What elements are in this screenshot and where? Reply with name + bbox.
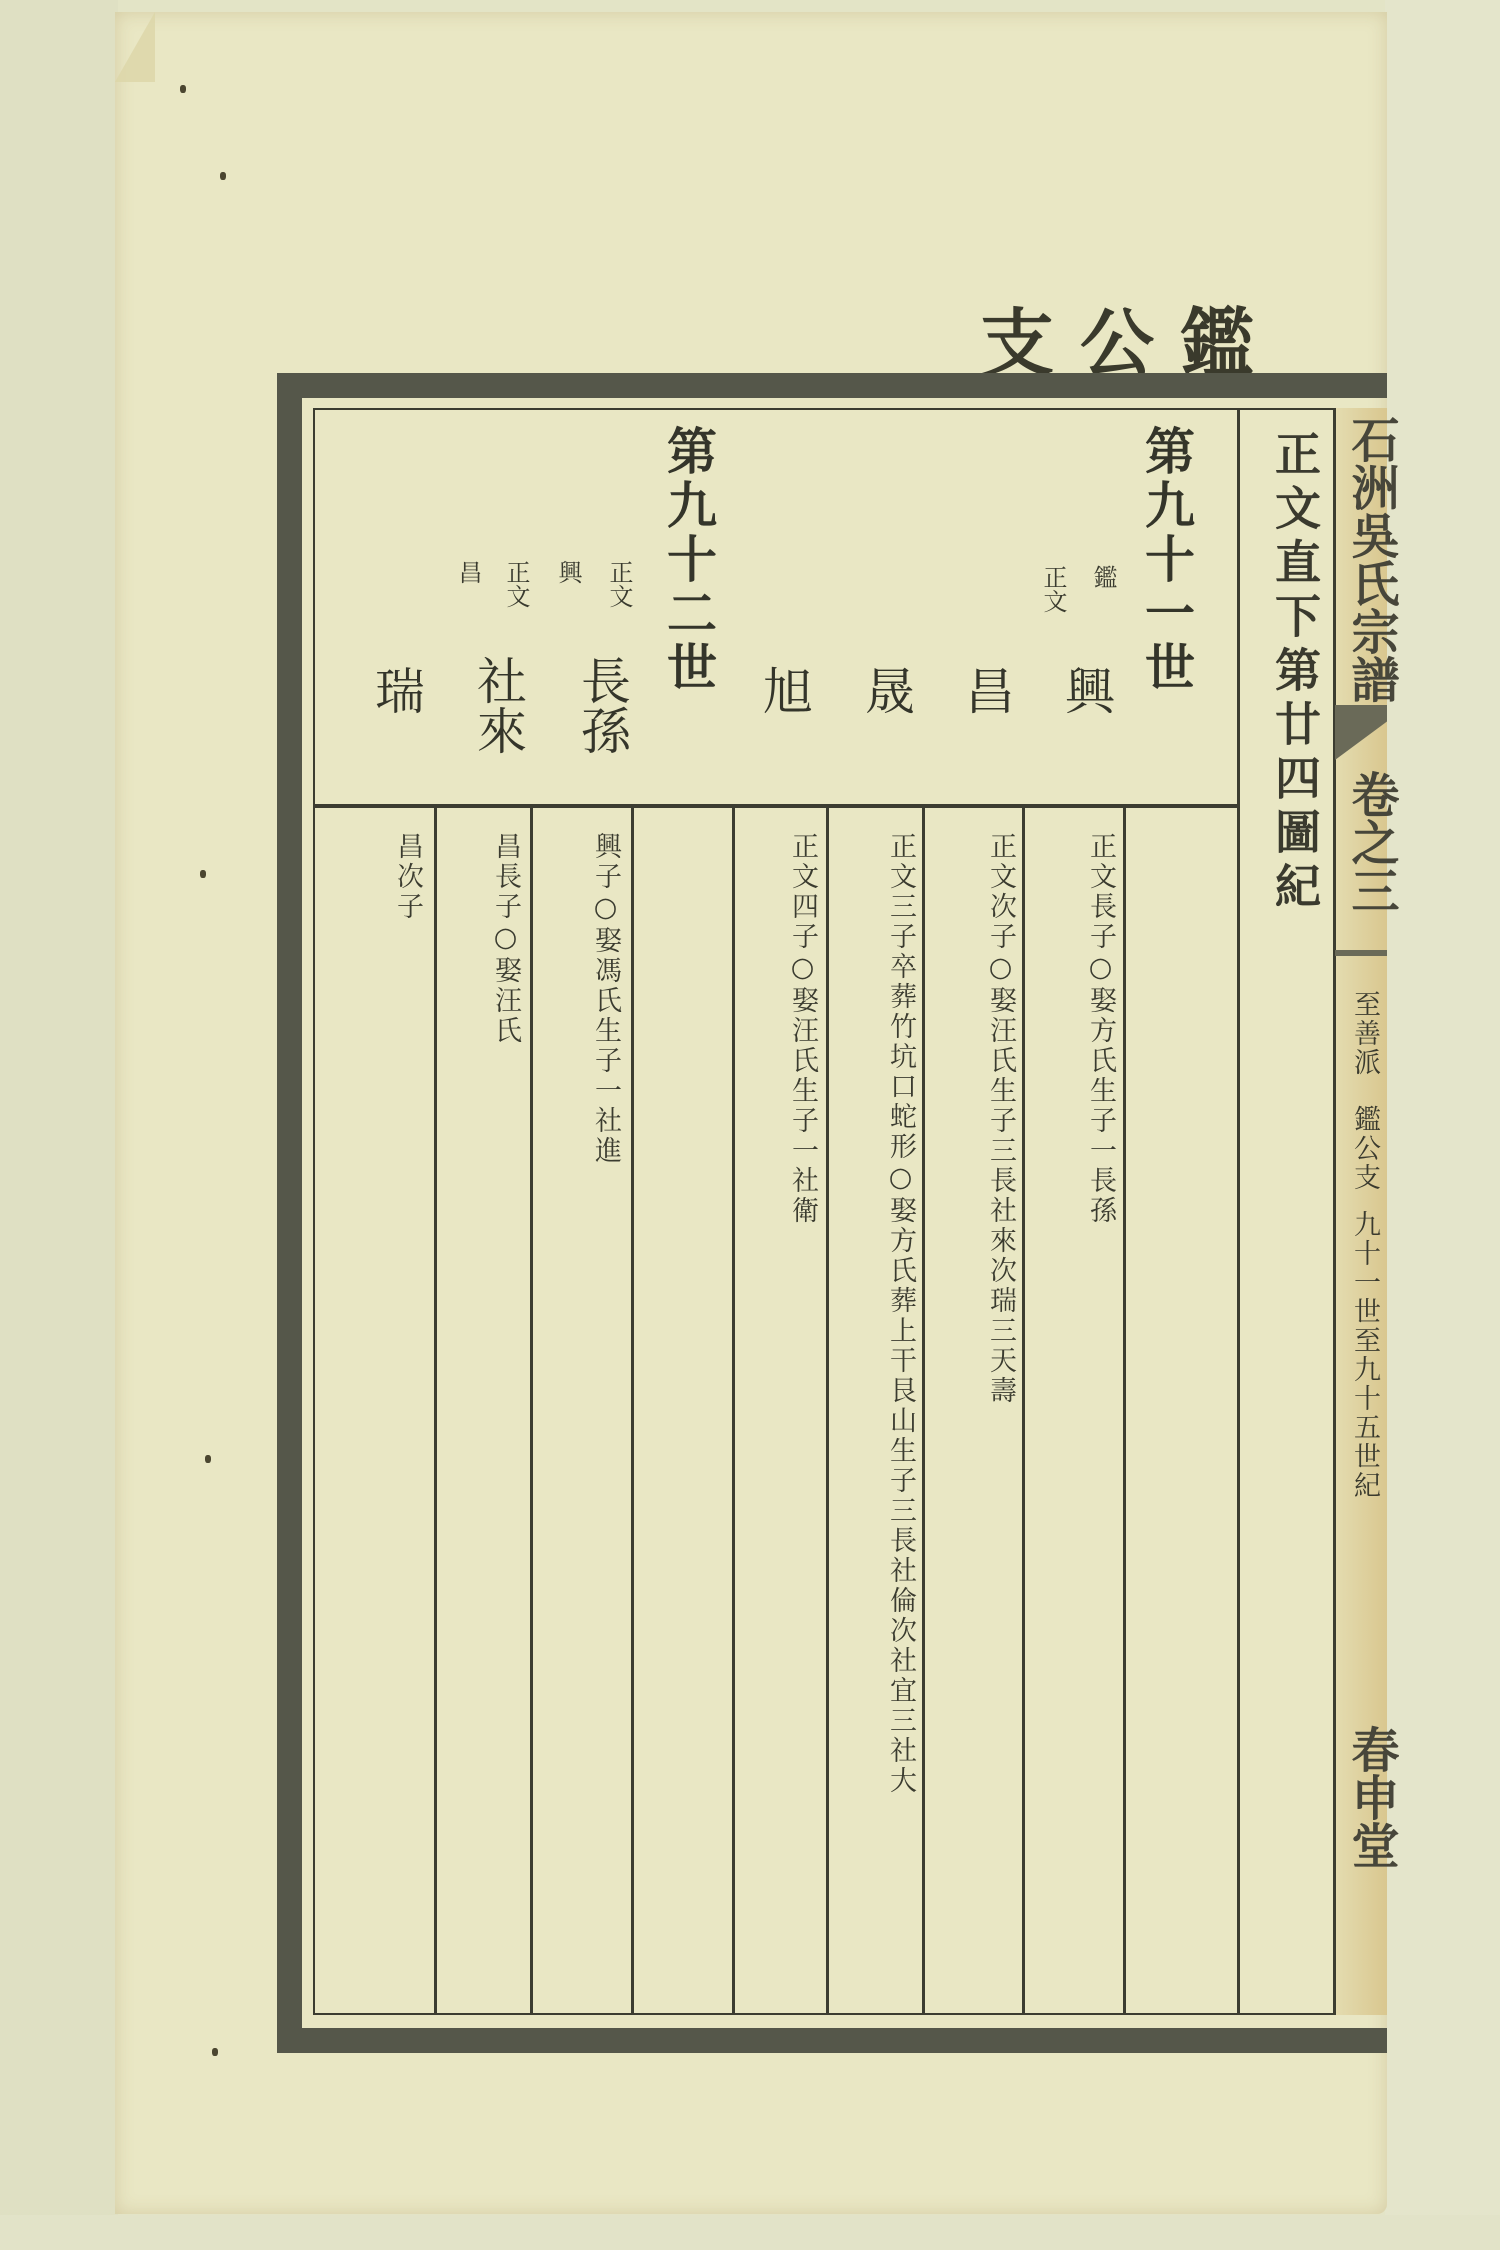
ink-spot — [180, 85, 186, 93]
inner-border — [313, 408, 1387, 2015]
column-line — [631, 806, 634, 2015]
hall-name: 春申堂 — [1337, 1725, 1406, 1869]
column-line — [826, 806, 829, 2015]
parent-label: 正文 — [1040, 565, 1066, 613]
column-line — [1022, 806, 1025, 2015]
note-column: 正文長子○娶方氏生子一長孫 — [1085, 832, 1115, 1226]
ink-spot — [200, 870, 206, 878]
note-column: 正文三子卒葬竹坑口蛇形○娶方氏葬上干艮山生子三長社倫次社宜三社大 — [885, 832, 915, 1796]
note-column: 正文四子○娶汪氏生子一社衛 — [787, 832, 817, 1226]
parent-label: 興 — [555, 560, 581, 584]
note-column: 昌次子 — [392, 832, 422, 922]
volume-label: 卷之三 — [1337, 770, 1406, 914]
parent-label: 正文 — [606, 560, 632, 608]
member-name: 興 — [1050, 665, 1122, 715]
chart-heading: 正文直下第廿四圖紀 — [1262, 430, 1328, 916]
gutter-divider — [1333, 408, 1336, 2015]
backdrop-bottom — [0, 2215, 1500, 2250]
member-name: 旭 — [748, 665, 820, 715]
ink-spot — [212, 2048, 218, 2056]
column-line — [1123, 806, 1126, 2015]
ink-spot — [220, 172, 226, 180]
parent-label: 昌 — [455, 560, 481, 584]
member-name: 晟 — [850, 665, 922, 715]
ink-spot — [205, 1455, 211, 1463]
member-name: 昌 — [950, 665, 1022, 715]
member-name: 長孫 — [566, 655, 638, 755]
note-column: 興子○娶馮氏生子一社進 — [590, 832, 620, 1166]
header-divider — [313, 804, 1237, 808]
backdrop-right — [1385, 0, 1500, 2250]
column-line — [922, 806, 925, 2015]
backdrop-left — [0, 0, 118, 2250]
member-name: 社來 — [462, 655, 534, 755]
member-name: 瑞 — [360, 665, 432, 715]
book-title: 石洲吳氏宗譜 — [1337, 415, 1406, 703]
column-line — [530, 806, 533, 2015]
note-column: 正文次子○娶汪氏生子三長社來次瑞三天壽 — [985, 832, 1015, 1406]
parent-label: 鑑 — [1090, 565, 1116, 589]
column-line — [732, 806, 735, 2015]
parent-label: 正文 — [503, 560, 529, 608]
note-column: 昌長子○娶汪氏 — [490, 832, 520, 1046]
generation-range: 九十一世至九十五世紀 — [1345, 1210, 1384, 1500]
generation-label-92: 第九十二世 — [652, 425, 724, 695]
branch-name: 鑑公支 — [1345, 1105, 1384, 1192]
generation-label-91: 第九十一世 — [1130, 425, 1202, 695]
side-divider — [1237, 408, 1240, 2015]
sub-section: 至善派 — [1345, 990, 1384, 1077]
gutter-rule — [1335, 950, 1387, 956]
column-line — [434, 806, 437, 2015]
